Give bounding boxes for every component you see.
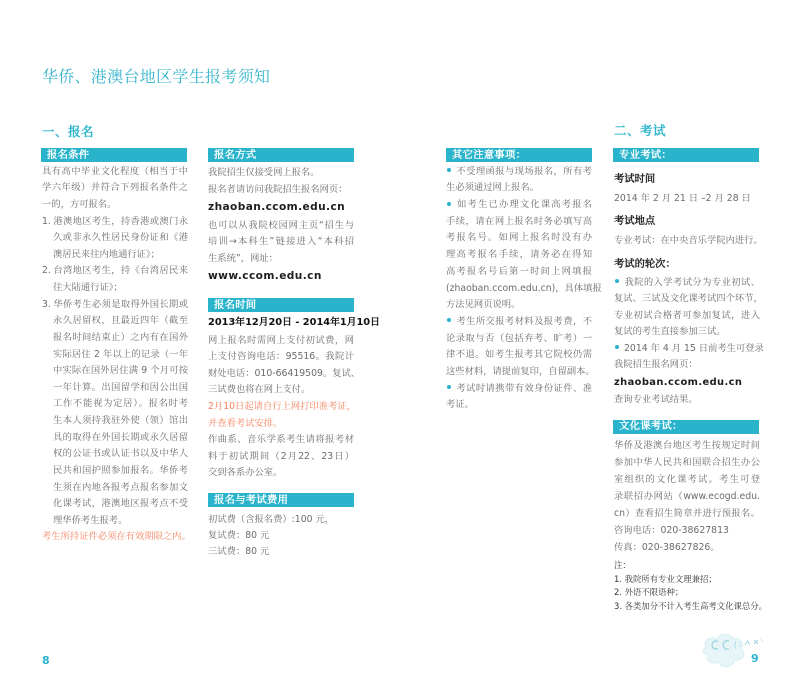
- bullet-icon: [615, 345, 619, 349]
- notice-item: 不受理函报与现场报名，所有考 生必须通过网上报名。: [446, 164, 592, 197]
- rounds-line: 复试的考生直接参加三试。: [614, 324, 760, 341]
- rounds-line: 我院的入学考试分为专业初试、: [614, 275, 760, 292]
- method-header-label: 报名方式: [214, 149, 256, 161]
- condition-line: 澳居民来往内地通行证》；: [42, 247, 188, 264]
- notice-line: 高考报名号后第一时间上网填报: [446, 264, 592, 281]
- validity-warning: 考生所持证件必须在有效期限之内。: [42, 529, 188, 546]
- condition-item-3: 3.华侨考生必须是取得外国长期或 永久居留权，且最近四年（截至 报名时间结束止）…: [42, 297, 188, 530]
- exam-rounds-list: 我院的入学考试分为专业初试、 复试、三试及文化课考试四个环节， 专业初试合格者可…: [614, 275, 760, 374]
- note-item: 3. 各类加分不计入考生高考文化课总分。: [614, 600, 767, 614]
- section-heading-exam: 二、考试: [614, 124, 666, 138]
- notice-item: 考试时请携带有效身份证件、准 考证。: [446, 381, 592, 414]
- fees-list: 初试费（含报名费）:100 元， 复试费：80 元 三试费：80 元: [208, 512, 354, 560]
- period-line: 网上报名时需网上支付初试费，网: [208, 333, 354, 350]
- conditions-intro-line: 一的，方可报名。: [42, 197, 188, 214]
- period-header-label: 报名时间: [214, 299, 256, 311]
- method-line: 我院招生仅接受网上报名。: [208, 164, 354, 181]
- note-item: 2. 外语不限语种；: [614, 586, 767, 600]
- condition-text: 港澳地区考生，持香港或澳门永: [53, 216, 188, 227]
- condition-line: 永久居留权，且最近四年（截至: [42, 313, 188, 330]
- condition-line: 久或非永久性居民身份证和《港: [42, 230, 188, 247]
- period-line: 料于初试期间（2月22、23日）: [208, 449, 354, 466]
- period-line: 上支付咨询电话：95516。我院计: [208, 349, 354, 366]
- rounds-line: 我院招生报名网页：: [614, 357, 760, 374]
- condition-line: 2.台湾地区考生，持《台湾居民来: [42, 263, 188, 280]
- registration-url: zhaoban.ccom.edu.cn: [208, 198, 345, 216]
- exam-time-value: 2014 年 2 月 21 日 –2 月 28 日: [614, 191, 751, 207]
- item-number: 3.: [42, 297, 53, 314]
- conditions-header-bar: 报名条件: [41, 148, 187, 162]
- notes-title: 注：: [614, 559, 767, 573]
- condition-line: 3.华侨考生必须是取得外国长期或: [42, 297, 188, 314]
- bullet-icon: [447, 385, 451, 389]
- condition-line: 具的取得在外国长期或永久居留: [42, 430, 188, 447]
- notice-line: 考试时请携带有效身份证件、准: [446, 381, 592, 398]
- fees-header-label: 报名与考试费用: [214, 494, 288, 506]
- condition-item-2: 2.台湾地区考生，持《台湾居民来 往大陆通行证》；: [42, 263, 188, 296]
- conditions-text: 具有高中毕业文化程度（相当于中 学六年级）并符合下列报名条件之 一的，方可报名。…: [42, 164, 188, 546]
- professional-exam-header-bar: 专业考试：: [613, 148, 759, 162]
- cultural-line: 华侨及港澳台地区考生按规定时间: [614, 437, 760, 454]
- cultural-line: 录联招办网站（www.ecogd.edu.: [614, 488, 760, 505]
- period-text: 网上报名时需网上支付初试费，网 上支付咨询电话：95516。我院计 财处电话：0…: [208, 333, 354, 482]
- school-logo-icon: [700, 630, 780, 672]
- rounds-text: 我院的入学考试分为专业初试、: [624, 277, 760, 288]
- notice-line: 不受理函报与现场报名，所有考: [446, 164, 592, 181]
- bullet-icon: [447, 202, 451, 206]
- notice-text: 不受理函报与现场报名，所有考: [456, 166, 592, 177]
- condition-item-1: 1.港澳地区考生，持香港或澳门永 久或非永久性居民身份证和《港 澳居民来往内地通…: [42, 214, 188, 264]
- results-text: 查询专业考试结果。: [614, 392, 698, 408]
- brochure-spread: 华侨、港澳台地区学生报考须知 一、报名 二、考试 报名条件 具有高中毕业文化程度…: [0, 0, 800, 689]
- notice-line: 手续，请在网上报名时务必填写高: [446, 214, 592, 231]
- condition-line: 1.港澳地区考生，持香港或澳门永: [42, 214, 188, 231]
- condition-line: 中实际在国外居住满 9 个月可按: [42, 363, 188, 380]
- fax-number: 传真：020-38627826。: [614, 539, 760, 556]
- exam-place-title: 考试地点: [614, 213, 655, 229]
- condition-text: 华侨考生必须是取得外国长期或: [53, 299, 188, 310]
- notice-line: 考报名号。如网上报名时没有办: [446, 230, 592, 247]
- condition-line: 理华侨考生报考。: [42, 513, 188, 530]
- exam-place-value: 专业考试：在中央音乐学院内进行。: [614, 233, 763, 249]
- rounds-line: 复试、三试及文化课考试四个环节，: [614, 291, 760, 308]
- condition-line: 生须在内地各报考点报名参加文: [42, 480, 188, 497]
- method-line: 生系统”，网址：: [208, 251, 354, 268]
- period-line: 财处电话：010-66419509。复试、: [208, 366, 354, 383]
- method-line: 报名者请访问我院招生报名网页：: [208, 181, 354, 198]
- campus-url: www.ccom.edu.cn: [208, 267, 322, 285]
- method-line: 也可以从我院校园网主页“招生与: [208, 218, 354, 235]
- notices-header-label: 其它注意事项：: [452, 149, 526, 161]
- consult-phone: 咨询电话：020-38627813: [614, 522, 760, 539]
- condition-line: 报名时间结束止）之内有在国外: [42, 330, 188, 347]
- notice-line: 生必须通过网上报名。: [446, 180, 592, 197]
- bullet-icon: [447, 318, 451, 322]
- notice-line: (zhaoban.ccom.edu.cn)，具体填报: [446, 281, 592, 298]
- cultural-line: 室组织的文化课考试。考生可登: [614, 471, 760, 488]
- notes-block: 注： 1. 我院所有专业文理兼招； 2. 外语不限语种； 3. 各类加分不计入考…: [614, 559, 767, 614]
- notice-item: 考生所交报考材料及报考费，不 论录取与否（包括弃考、旷考）一 律不退。如考生报考…: [446, 314, 592, 381]
- condition-line: 化课考试，港澳地区报考点不受: [42, 496, 188, 513]
- notices-list: 不受理函报与现场报名，所有考 生必须通过网上报名。 如考生已办理文化课高考报名 …: [446, 164, 592, 415]
- page-number-left: 8: [42, 654, 50, 668]
- fees-header-bar: 报名与考试费用: [208, 493, 354, 507]
- section-heading-registration: 一、报名: [42, 125, 94, 139]
- item-number: 2.: [42, 263, 53, 280]
- bullet-icon: [615, 279, 619, 283]
- conditions-intro-line: 学六年级）并符合下列报名条件之: [42, 180, 188, 197]
- results-url: zhaoban.ccom.edu.cn: [614, 374, 742, 392]
- notice-line: 考生所交报考材料及报考费，不: [446, 314, 592, 331]
- admission-ticket-notice: 2月10日起请自行上网打印准考证，: [208, 399, 354, 416]
- notice-line: 理高考报名手续，请务必在得知: [446, 247, 592, 264]
- professional-exam-header-label: 专业考试：: [619, 149, 672, 161]
- method-header-bar: 报名方式: [208, 148, 354, 162]
- period-line: 三试费也将在网上支付。: [208, 382, 354, 399]
- notice-line: 论录取与否（包括弃考、旷考）一: [446, 331, 592, 348]
- note-item: 1. 我院所有专业文理兼招；: [614, 573, 767, 587]
- conditions-intro-line: 具有高中毕业文化程度（相当于中: [42, 164, 188, 181]
- rounds-line: 2014 年 4 月 15 日前考生可登录: [614, 341, 760, 358]
- exam-time-title: 考试时间: [614, 171, 655, 187]
- notice-line: 如考生已办理文化课高考报名: [446, 197, 592, 214]
- method-text-b: 也可以从我院校园网主页“招生与 培训→本科生”链接进入“本科招 生系统”，网址：: [208, 218, 354, 268]
- page-title: 华侨、港澳台地区学生报考须知: [42, 68, 270, 86]
- period-header-bar: 报名时间: [208, 298, 354, 312]
- fee-second-round: 复试费：80 元: [208, 528, 354, 544]
- condition-line: 权的公证书或认证书以及中华人: [42, 446, 188, 463]
- method-line: 培训→本科生”链接进入“本科招: [208, 234, 354, 251]
- method-text-a: 我院招生仅接受网上报名。 报名者请访问我院招生报名网页：: [208, 164, 354, 198]
- item-number: 1.: [42, 214, 53, 231]
- notice-text: 考生所交报考材料及报考费，不: [456, 316, 592, 327]
- exam-rounds-title: 考试的轮次：: [614, 256, 676, 272]
- bullet-icon: [447, 168, 451, 172]
- condition-line: 一年计算。出国留学和因公出国: [42, 380, 188, 397]
- rounds-line: 专业初试合格者可参加复试，进入: [614, 308, 760, 325]
- fee-third-round: 三试费：80 元: [208, 544, 354, 560]
- cultural-line: 参加中华人民共和国联合招生办公: [614, 454, 760, 471]
- notice-line: 考证。: [446, 397, 592, 414]
- notice-text: 如考生已办理文化课高考报名: [456, 199, 592, 210]
- condition-line: 民共和国护照参加报名。华侨考: [42, 463, 188, 480]
- rounds-item: 我院的入学考试分为专业初试、 复试、三试及文化课考试四个环节， 专业初试合格者可…: [614, 275, 760, 341]
- fee-first-round: 初试费（含报名费）:100 元，: [208, 512, 354, 528]
- period-line: 作曲系、音乐学系考生请将报考材: [208, 432, 354, 449]
- notices-header-bar: 其它注意事项：: [446, 148, 592, 162]
- notice-line: 这些材料，请提前复印，自留副本。: [446, 364, 592, 381]
- cultural-exam-header-bar: 文化课考试：: [613, 420, 759, 434]
- cultural-line: cn）查看招生简章并进行预报名。: [614, 505, 760, 522]
- notice-text: 考试时请携带有效身份证件、准: [456, 383, 592, 394]
- admission-ticket-notice: 并查看考试安排。: [208, 416, 354, 433]
- notice-item: 如考生已办理文化课高考报名 手续，请在网上报名时务必填写高 考报名号。如网上报名…: [446, 197, 592, 314]
- condition-text: 台湾地区考生，持《台湾居民来: [53, 265, 188, 276]
- page-number-right: 9: [751, 652, 759, 666]
- condition-line: 生本人须持我驻外使（领）馆出: [42, 413, 188, 430]
- condition-line: 实际居住 2 年以上的记录（一年: [42, 347, 188, 364]
- period-line: 交到各系办公室。: [208, 465, 354, 482]
- rounds-text: 2014 年 4 月 15 日前考生可登录: [624, 343, 764, 354]
- rounds-item: 2014 年 4 月 15 日前考生可登录 我院招生报名网页：: [614, 341, 760, 374]
- conditions-header-label: 报名条件: [47, 149, 89, 161]
- registration-dates: 2013年12月20日 - 2014年1月10日: [208, 314, 354, 332]
- notice-line: 律不退。如考生报考其它院校仍需: [446, 347, 592, 364]
- condition-line: 工作不能视为定居）。报名时考: [42, 396, 188, 413]
- cultural-exam-text: 华侨及港澳台地区考生按规定时间 参加中华人民共和国联合招生办公 室组织的文化课考…: [614, 437, 760, 556]
- notice-line: 方法见网页说明。: [446, 297, 592, 314]
- condition-line: 往大陆通行证》；: [42, 280, 188, 297]
- cultural-exam-header-label: 文化课考试：: [619, 420, 683, 432]
